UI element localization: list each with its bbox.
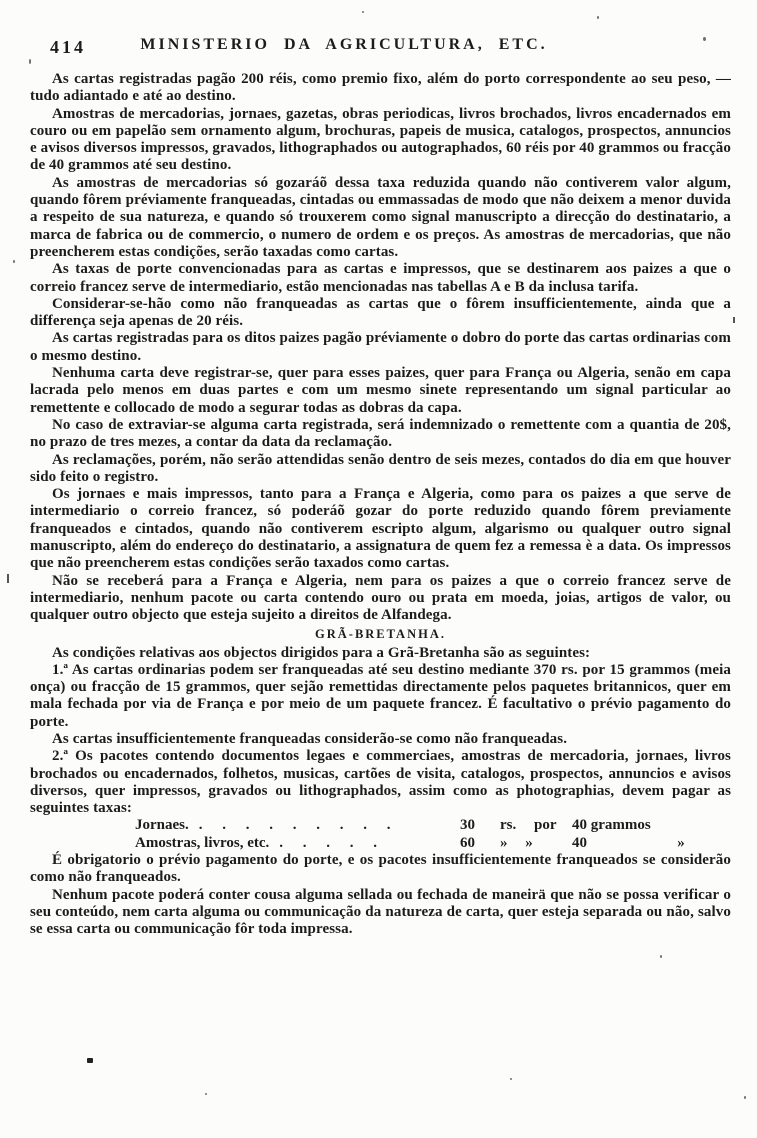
scan-speck [510, 1078, 512, 1080]
rate-item-label: Amostras, livros, etc. [135, 835, 269, 852]
scan-speck [362, 11, 364, 13]
rate-weight: 40 [572, 835, 667, 852]
rate-unit: rs. por [500, 817, 572, 834]
scan-speck [744, 1096, 746, 1099]
document-page: 414 MINISTERIO DA AGRICULTURA, ETC. As c… [0, 0, 757, 1138]
paragraph: As cartas registradas para os ditos paiz… [30, 330, 731, 365]
page-body: As cartas registradas pagão 200 réis, co… [30, 71, 731, 939]
paragraph: As taxas de porte convencionadas para as… [30, 261, 731, 296]
page-header: 414 MINISTERIO DA AGRICULTURA, ETC. [0, 0, 757, 66]
paragraph: Não se receberá para a França e Algeria,… [30, 573, 731, 625]
paragraph: As reclamações, porém, não serão attendi… [30, 452, 731, 487]
paragraph: As cartas insufficientemente franqueadas… [30, 731, 731, 748]
paragraph: No caso de extraviar-se alguma carta reg… [30, 417, 731, 452]
rate-weight: 40 grammos [572, 817, 667, 834]
rate-table-row: Jornaes. . . . . . . . . . 30 rs. por 40… [135, 817, 695, 834]
paragraph: As cartas registradas pagão 200 réis, co… [30, 71, 731, 106]
dot-leader: . . . . . [279, 835, 454, 852]
scan-speck [7, 574, 9, 583]
rate-amount: 30 [460, 817, 500, 834]
rate-table: Jornaes. . . . . . . . . . 30 rs. por 40… [135, 817, 695, 852]
page-title: MINISTERIO DA AGRICULTURA, ETC. [88, 36, 600, 54]
scan-speck [597, 16, 599, 19]
paragraph: Nenhuma carta deve registrar-se, quer pa… [30, 365, 731, 417]
page-number: 414 [50, 37, 86, 58]
rate-item-label: Jornaes. [135, 817, 189, 834]
paragraph: 2.ª Os pacotes contendo documentos legae… [30, 748, 731, 817]
rate-weight-unit [667, 817, 695, 834]
scan-speck [703, 37, 706, 41]
section-heading-gra-bretanha: GRÃ-BRETANHA. [30, 627, 731, 642]
scan-speck [205, 1093, 207, 1095]
scan-speck [29, 59, 31, 64]
scan-speck [87, 1058, 93, 1063]
scan-speck [733, 317, 735, 323]
dot-leader: . . . . . . . . . [199, 817, 454, 834]
paragraph: Considerar-se-hão como não franqueadas a… [30, 296, 731, 331]
paragraph: Nenhum pacote poderá conter cousa alguma… [30, 887, 731, 939]
paragraph: Amostras de mercadorias, jornaes, gazeta… [30, 106, 731, 175]
paragraph: Os jornaes e mais impressos, tanto para … [30, 486, 731, 572]
paragraph: As amostras de mercadorias só gozaráõ de… [30, 175, 731, 261]
rate-unit: » » [500, 835, 572, 852]
scan-speck [660, 955, 662, 958]
rate-amount: 60 [460, 835, 500, 852]
paragraph: É obrigatorio o prévio pagamento do port… [30, 852, 731, 887]
rate-weight-unit: » [667, 835, 695, 852]
scan-speck [13, 260, 15, 263]
paragraph: As condições relativas aos objectos diri… [30, 645, 731, 662]
rate-table-row: Amostras, livros, etc. . . . . . 60 » » … [135, 835, 695, 852]
paragraph: 1.ª As cartas ordinarias podem ser franq… [30, 662, 731, 731]
